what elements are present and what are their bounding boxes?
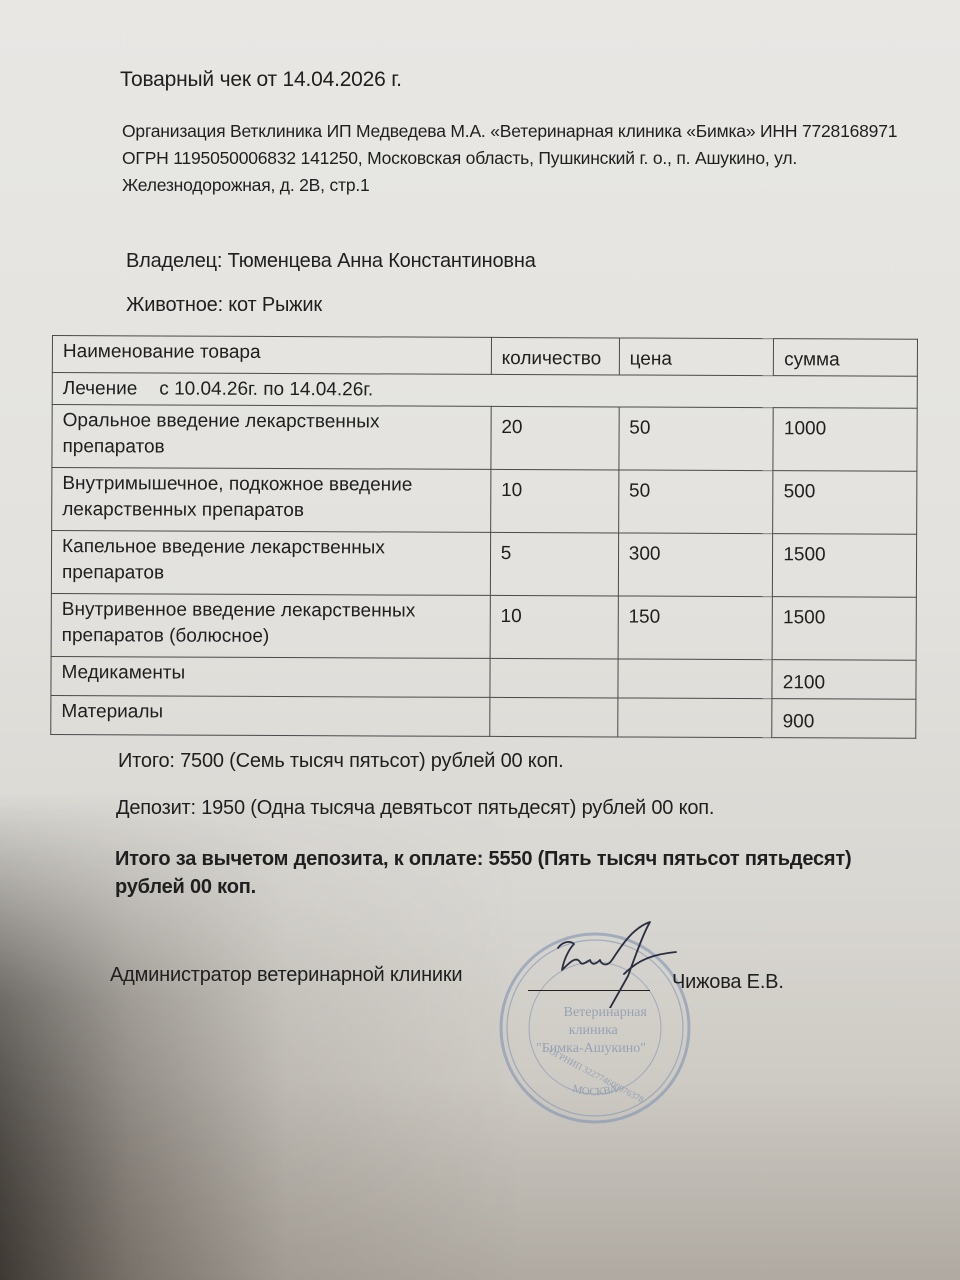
row-sum: 2100 xyxy=(772,660,916,700)
row-qty: 20 xyxy=(491,406,619,470)
row-price xyxy=(617,698,772,738)
row-name: Медикаменты xyxy=(51,656,490,697)
row-price: 50 xyxy=(618,470,773,534)
row-sum: 900 xyxy=(772,699,916,739)
treatment-period-row: Лечениес 10.04.26г. по 14.04.26г. xyxy=(52,373,917,409)
row-price: 150 xyxy=(618,596,773,660)
row-name: Капельное введение лекарственных препара… xyxy=(51,531,490,596)
period-range: с 10.04.26г. по 14.04.26г. xyxy=(159,378,373,400)
table-row: Внутривенное введение лекарственных преп… xyxy=(51,593,916,660)
row-sum: 1000 xyxy=(773,408,917,472)
total-line: Итого: 7500 (Семь тысяч пятьсот) рублей … xyxy=(118,750,563,773)
treatment-period: Лечениес 10.04.26г. по 14.04.26г. xyxy=(52,373,917,409)
row-sum: 1500 xyxy=(773,534,917,598)
table-row: Внутримышечное, подкожное введение лекар… xyxy=(52,468,917,535)
signatory-title: Администратор ветеринарной клиники xyxy=(110,964,462,987)
row-price xyxy=(618,659,773,699)
header-qty: количество xyxy=(491,337,619,375)
deposit-line: Депозит: 1950 (Одна тысяча девятьсот пят… xyxy=(116,797,714,820)
owner-line: Владелец: Тюменцева Анна Константиновна xyxy=(126,250,536,273)
row-qty: 10 xyxy=(490,595,618,659)
row-qty: 10 xyxy=(490,469,618,533)
row-qty xyxy=(490,697,618,737)
table-header-row: Наименование товара количество цена сумм… xyxy=(52,336,917,377)
row-qty xyxy=(490,658,618,698)
row-name: Оральное введение лекарственных препарат… xyxy=(52,405,491,470)
header-price: цена xyxy=(619,338,774,376)
organization-details: Организация Ветклиника ИП Медведева М.А.… xyxy=(122,118,912,199)
stamp-line2: клиника xyxy=(569,1023,619,1038)
receipt-title: Товарный чек от 14.04.2026 г. xyxy=(120,68,402,92)
header-sum: сумма xyxy=(774,339,918,377)
receipt-table: Наименование товара количество цена сумм… xyxy=(50,335,918,739)
row-qty: 5 xyxy=(490,532,618,596)
period-label: Лечение xyxy=(63,378,138,399)
row-name: Материалы xyxy=(51,695,490,736)
animal-line: Животное: кот Рыжик xyxy=(126,294,322,317)
row-sum: 1500 xyxy=(772,597,916,661)
table-row: Медикаменты 2100 xyxy=(51,656,916,699)
photo-shadow-bottom xyxy=(0,1080,960,1280)
row-sum: 500 xyxy=(773,471,917,535)
amount-due-line: Итого за вычетом депозита, к оплате: 555… xyxy=(115,845,905,901)
handwritten-signature-icon xyxy=(540,918,680,1008)
table-row: Капельное введение лекарственных препара… xyxy=(51,531,916,598)
row-price: 300 xyxy=(618,533,773,597)
signatory-name: Чижова Е.В. xyxy=(672,971,784,994)
header-name: Наименование товара xyxy=(52,336,491,375)
row-name: Внутривенное введение лекарственных преп… xyxy=(51,593,490,658)
table-row: Оральное введение лекарственных препарат… xyxy=(52,405,917,472)
row-price: 50 xyxy=(619,407,774,471)
table-row: Материалы 900 xyxy=(51,695,916,738)
row-name: Внутримышечное, подкожное введение лекар… xyxy=(52,468,491,533)
